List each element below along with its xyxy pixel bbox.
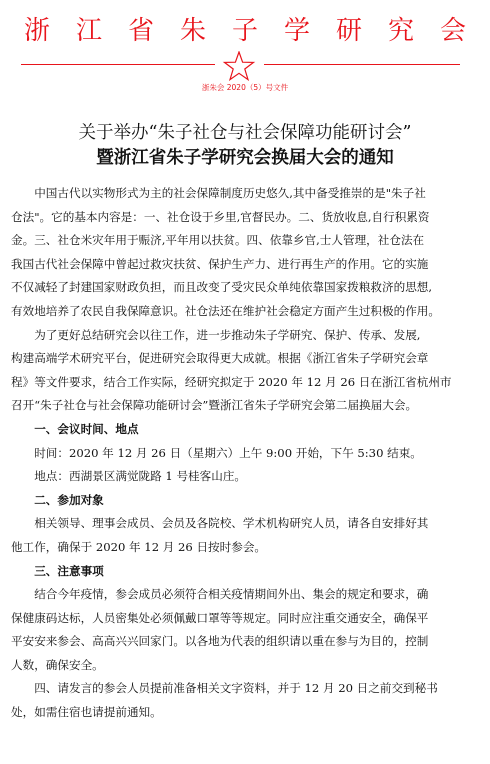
closing-paragraph: 四、请发言的参会人员提前准备相关文字资料，并于 12 月 20 日之前交到秘书 … (11, 677, 485, 724)
text-line: 中国古代以实物形式为主的社会保障制度历史悠久,其中备受推崇的是"朱子社 (11, 182, 485, 206)
notes-paragraph: 结合今年疫情，参会成员必须符合相关疫情期间外出、集会的规定和要求，确 保健康码达… (11, 583, 485, 677)
section-heading-time-place: 一、会议时间、地点 (11, 418, 485, 442)
text-line: 程》等文件要求，结合工作实际，经研究拟定于 2020 年 12 月 26 日在浙… (11, 371, 485, 395)
org-title-char: 省 (115, 14, 167, 48)
notice-title-line-1: 关于举办“朱子社仓与社会保障功能研讨会” (0, 122, 490, 144)
text-line: 召开“朱子社仓与社会保障功能研讨会”暨浙江省朱子学研究会第二届换届大会。 (11, 394, 485, 418)
org-title-char: 江 (63, 14, 115, 48)
text-line: 四、请发言的参会人员提前准备相关文字资料，并于 12 月 20 日之前交到秘书 (11, 677, 485, 701)
intro-paragraph: 中国古代以实物形式为主的社会保障制度历史悠久,其中备受推崇的是"朱子社 仓法"。… (11, 182, 485, 324)
text-line: 相关领导、理事会成员、会员及各院校、学术机构研究人员，请各自安排好其 (11, 512, 485, 536)
org-title-char: 研 (323, 14, 375, 48)
org-title-char: 会 (427, 14, 479, 48)
org-title-char: 学 (271, 14, 323, 48)
text-line: 有效地培养了农民自我保障意识。社仓法还在维护社会稳定方面产生过积极的作用。 (11, 300, 485, 324)
document-page: 浙江省朱子学研究会 浙朱会 2020（5）号文件 关于举办“朱子社仓与社会保障功… (0, 0, 490, 764)
text-line: 我国古代社会保障中曾起过救灾扶贫、保护生产力、进行再生产的作用。它的实施 (11, 253, 485, 277)
org-title-char: 究 (375, 14, 427, 48)
header-rule-right (264, 64, 460, 65)
text-line: 保健康码达标，人员密集处必须佩戴口罩等等规定。同时应注重交通安全，确保平 (11, 607, 485, 631)
text-line: 金。三、社仓米灾年用于赈济,平年用以扶贫。四、依靠乡官,士人管理，社仓法在 (11, 229, 485, 253)
attendees-paragraph: 相关领导、理事会成员、会员及各院校、学术机构研究人员，请各自安排好其 他工作，确… (11, 512, 485, 559)
text-line: 不仅减轻了封建国家财政负担，而且改变了受灾民众单纯依靠国家拨粮救济的思想, (11, 276, 485, 300)
org-title-char: 朱 (167, 14, 219, 48)
section-heading-attendees: 二、参加对象 (11, 489, 485, 513)
text-line: 处，如需住宿也请提前通知。 (11, 701, 485, 725)
purpose-paragraph: 为了更好总结研究会以往工作，进一步推动朱子学研究、保护、传承、发展, 构建高端学… (11, 324, 485, 418)
text-line: 平安安来参会、高高兴兴回家门。以各地为代表的组织请以重在参与为目的，控制 (11, 630, 485, 654)
text-line: 他工作，确保于 2020 年 12 月 26 日按时参会。 (11, 536, 485, 560)
organization-title: 浙江省朱子学研究会 (0, 14, 490, 48)
meeting-time: 时间：2020 年 12 月 26 日（星期六）上午 9:00 开始，下午 5:… (11, 442, 485, 466)
text-line: 构建高端学术研究平台，促进研究会取得更大成就。根据《浙江省朱子学研究会章 (11, 347, 485, 371)
org-title-char: 浙 (11, 14, 63, 48)
section-heading-notes: 三、注意事项 (11, 560, 485, 584)
notice-body: 中国古代以实物形式为主的社会保障制度历史悠久,其中备受推崇的是"朱子社 仓法"。… (11, 182, 485, 725)
text-line: 仓法"。它的基本内容是：一、社仓设于乡里,官督民办。二、货放收息,自行积累资 (11, 206, 485, 230)
star-icon (222, 51, 256, 81)
document-number: 浙朱会 2020（5）号文件 (0, 83, 490, 93)
notice-title-line-2: 暨浙江省朱子学研究会换届大会的通知 (0, 147, 490, 169)
header-rule-left (21, 64, 215, 65)
text-line: 结合今年疫情，参会成员必须符合相关疫情期间外出、集会的规定和要求，确 (11, 583, 485, 607)
text-line: 为了更好总结研究会以往工作，进一步推动朱子学研究、保护、传承、发展, (11, 324, 485, 348)
org-title-char: 子 (219, 14, 271, 48)
meeting-location: 地点：西湖景区满觉陇路 1 号桂客山庄。 (11, 465, 485, 489)
text-line: 人数，确保安全。 (11, 654, 485, 678)
time-place-paragraph: 时间：2020 年 12 月 26 日（星期六）上午 9:00 开始，下午 5:… (11, 442, 485, 489)
